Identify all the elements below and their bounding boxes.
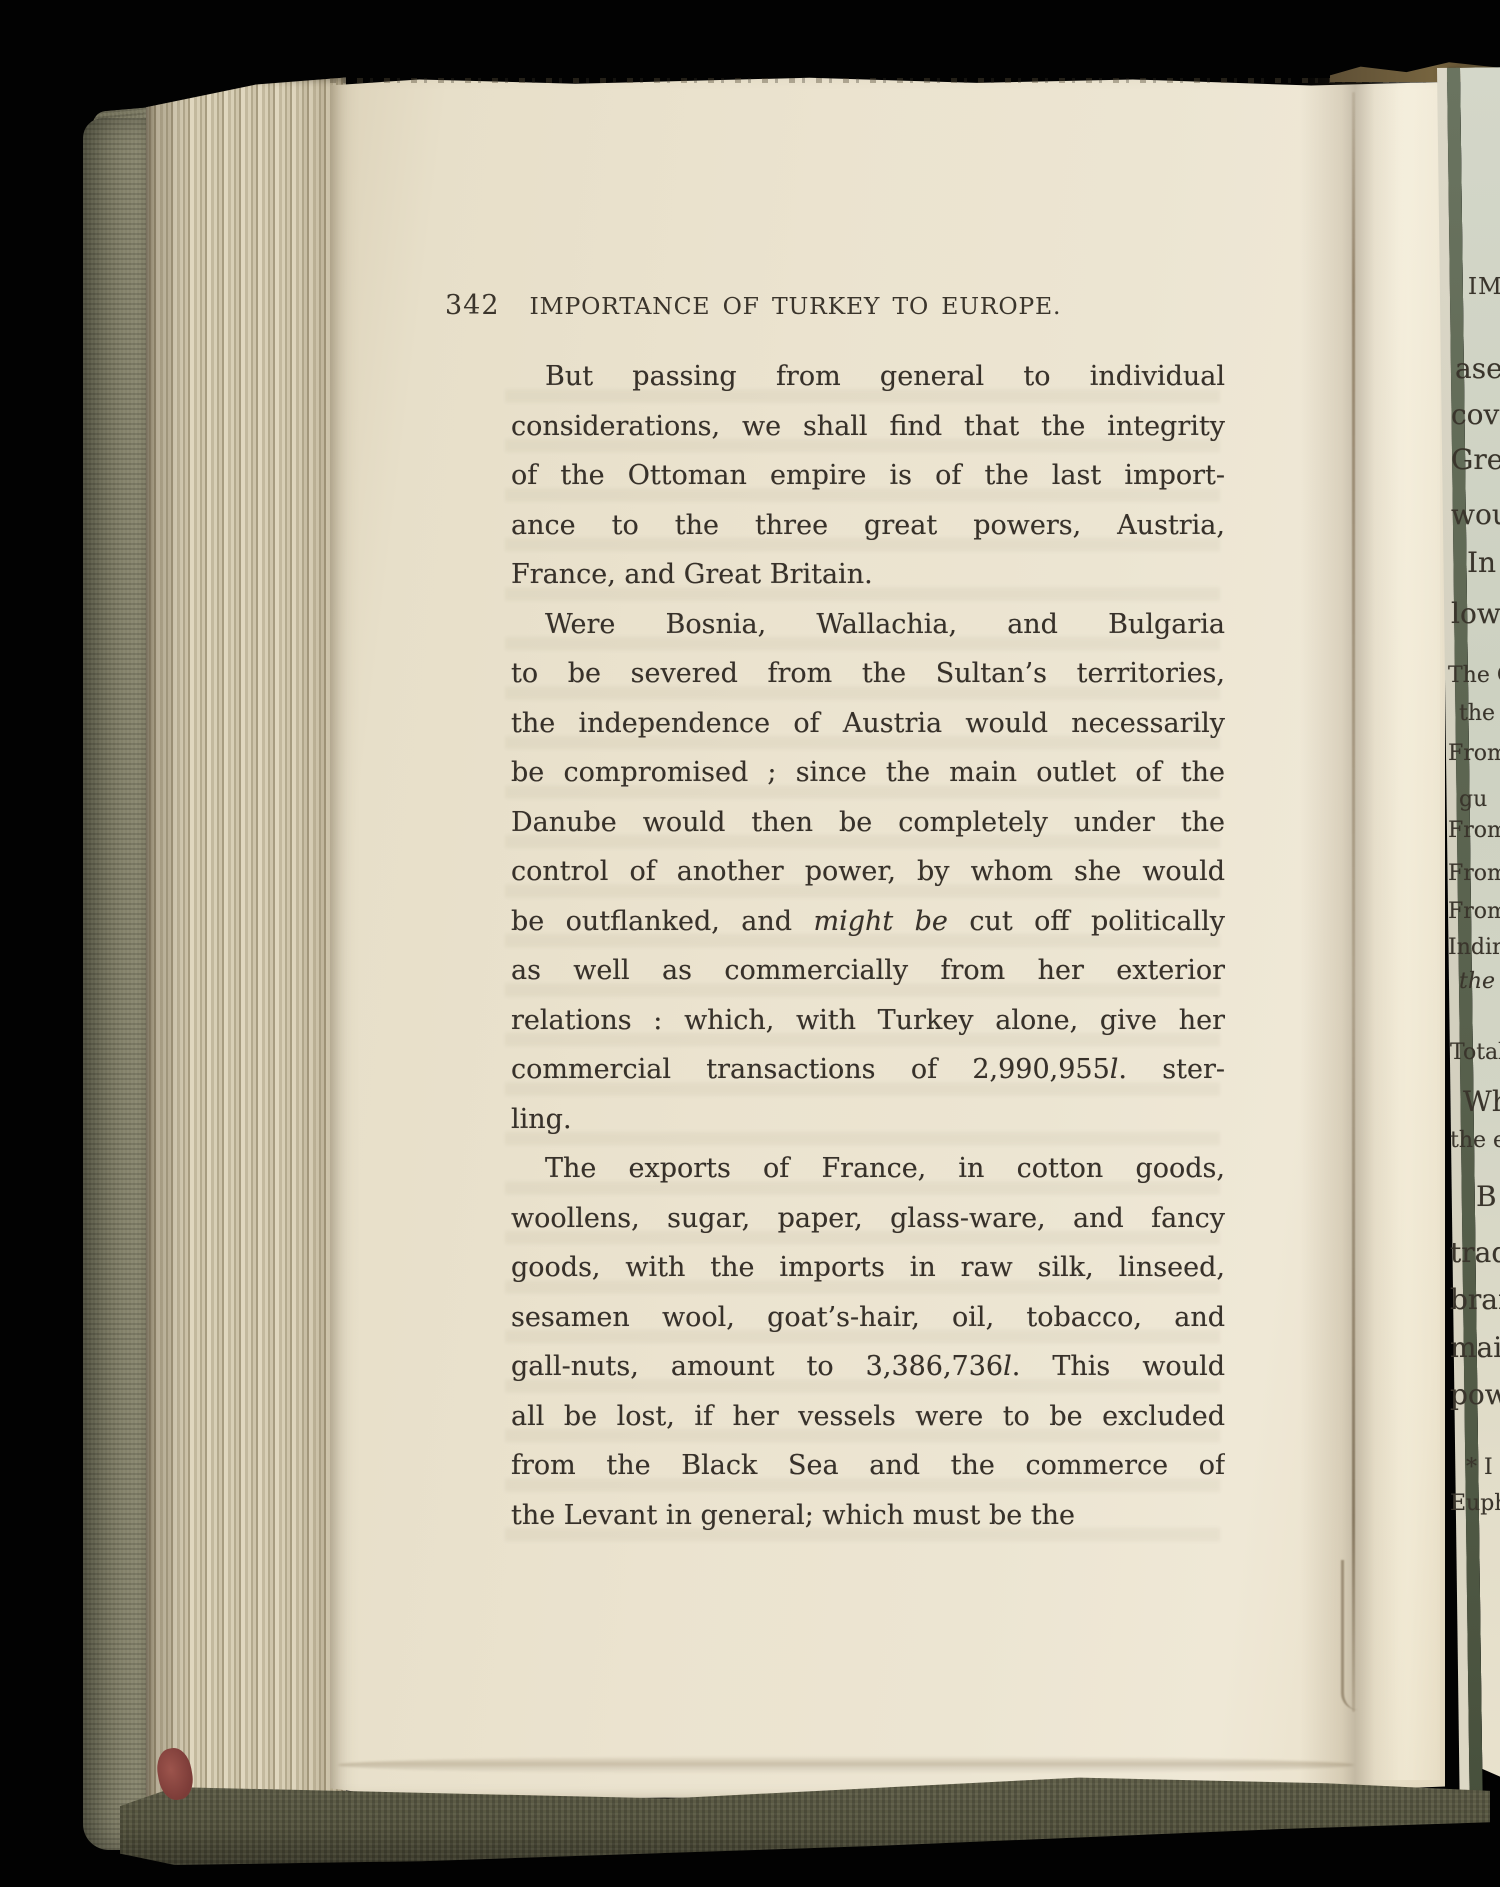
right-page-fragment: Wh bbox=[1463, 1085, 1500, 1118]
book-photo-scene: 342 IMPORTANCE OF TURKEY TO EUROPE. But … bbox=[0, 0, 1500, 1887]
text-line: as well as commercially from her exterio… bbox=[511, 946, 1225, 996]
right-page-fragment: Gree bbox=[1451, 443, 1500, 476]
page-deckle-edge bbox=[330, 78, 1445, 83]
running-title: IMPORTANCE OF TURKEY TO EUROPE. bbox=[530, 292, 1062, 320]
line-text: goods, with the imports in raw silk, lin… bbox=[511, 1252, 1225, 1283]
text-line: be outflanked, and might be cut off poli… bbox=[511, 897, 1225, 947]
right-page-fragment: ase bbox=[1455, 352, 1500, 385]
right-page-fragment: mai bbox=[1450, 1331, 1500, 1364]
gutter-crease-wrinkle bbox=[1341, 1560, 1358, 1710]
line-text: Were Bosnia, Wallachia, and Bulgaria bbox=[545, 609, 1225, 640]
line-text: as well as commercially from her exterio… bbox=[511, 955, 1225, 986]
right-page-fragment: The C bbox=[1448, 663, 1500, 688]
right-page-fragment: trad bbox=[1450, 1236, 1500, 1269]
line-text: cut off politically bbox=[948, 906, 1225, 937]
line-text: from the Black Sea and the commerce of bbox=[511, 1450, 1225, 1481]
line-text: relations : which, with Turkey alone, gi… bbox=[511, 1005, 1225, 1036]
line-text: ling. bbox=[511, 1104, 572, 1135]
page-number: 342 bbox=[445, 290, 500, 321]
line-text: the independence of Austria would necess… bbox=[511, 708, 1225, 739]
right-page-fragment: the bbox=[1459, 701, 1495, 726]
text-line: gall-nuts, amount to 3,386,736l. This wo… bbox=[511, 1342, 1225, 1392]
text-line: considerations, we shall find that the i… bbox=[511, 402, 1225, 452]
gutter-crease bbox=[1352, 92, 1355, 1712]
line-text: the Levant in general; which must be the bbox=[511, 1500, 1075, 1531]
text-line: be compromised ; since the main outlet o… bbox=[511, 748, 1225, 798]
right-page-fragment: IM bbox=[1468, 274, 1500, 300]
text-line: of the Ottoman empire is of the last imp… bbox=[511, 451, 1225, 501]
right-page-fragment: Indir bbox=[1448, 935, 1500, 960]
right-page-fragment: pow bbox=[1450, 1378, 1500, 1411]
line-text: . ster- bbox=[1118, 1054, 1225, 1085]
text-line: ance to the three great powers, Austria, bbox=[511, 501, 1225, 551]
line-text: ance to the three great powers, Austria, bbox=[511, 510, 1225, 541]
right-page-fragment: From bbox=[1448, 818, 1500, 843]
line-text: sesamen wool, goat’s-hair, oil, tobacco,… bbox=[511, 1302, 1225, 1333]
text-line: sesamen wool, goat’s-hair, oil, tobacco,… bbox=[511, 1293, 1225, 1343]
right-page-fragment: In bbox=[1467, 546, 1496, 579]
right-page-fragment: Euph bbox=[1450, 1491, 1500, 1516]
text-line: But passing from general to individual bbox=[511, 352, 1225, 402]
right-page-fragment: lowe bbox=[1451, 597, 1500, 630]
right-page-fragment: covit bbox=[1451, 398, 1500, 431]
right-page-fragment: bran bbox=[1450, 1283, 1500, 1316]
right-page-fragment: woul bbox=[1451, 498, 1500, 531]
right-page-fragment: gu bbox=[1459, 787, 1487, 812]
line-text: The exports of France, in cotton goods, bbox=[545, 1153, 1225, 1184]
text-line: control of another power, by whom she wo… bbox=[511, 847, 1225, 897]
page-header: 342 IMPORTANCE OF TURKEY TO EUROPE. bbox=[445, 290, 1245, 321]
line-text: But passing from general to individual bbox=[545, 361, 1225, 392]
body-text-block: But passing from general to individual c… bbox=[511, 352, 1225, 1540]
text-line: Were Bosnia, Wallachia, and Bulgaria bbox=[511, 600, 1225, 650]
right-page-fragment: From bbox=[1448, 741, 1500, 766]
right-page-fragment: Total, bbox=[1450, 1040, 1500, 1065]
text-line: France, and Great Britain. bbox=[511, 550, 1225, 600]
text-line: commercial transactions of 2,990,955l. s… bbox=[511, 1045, 1225, 1095]
text-line: The exports of France, in cotton goods, bbox=[511, 1144, 1225, 1194]
line-text: to be severed from the Sultan’s territor… bbox=[511, 658, 1225, 689]
text-line: woollens, sugar, paper, glass-ware, and … bbox=[511, 1194, 1225, 1244]
line-text: be compromised ; since the main outlet o… bbox=[511, 757, 1225, 788]
right-page-fragment: the bbox=[1459, 969, 1495, 994]
text-line: ling. bbox=[511, 1095, 1225, 1145]
right-page-fragment: the ex bbox=[1450, 1128, 1500, 1153]
right-page-fragment: * I bbox=[1466, 1455, 1493, 1480]
right-page-fragment: From bbox=[1448, 861, 1500, 886]
line-text: commercial transactions of 2,990,955 bbox=[511, 1054, 1110, 1085]
text-line: Danube would then be completely under th… bbox=[511, 798, 1225, 848]
page-stack-fore-edge bbox=[146, 74, 346, 1826]
text-line: relations : which, with Turkey alone, gi… bbox=[511, 996, 1225, 1046]
line-text: Danube would then be completely under th… bbox=[511, 807, 1225, 838]
line-text: be outflanked, and bbox=[511, 906, 813, 937]
text-line: the independence of Austria would necess… bbox=[511, 699, 1225, 749]
line-text-italic: might be bbox=[813, 906, 947, 937]
line-text: . This would bbox=[1012, 1351, 1225, 1382]
line-text: France, and Great Britain. bbox=[511, 559, 873, 590]
line-text-italic: l bbox=[1003, 1351, 1012, 1382]
text-line: from the Black Sea and the commerce of bbox=[511, 1441, 1225, 1491]
line-text: control of another power, by whom she wo… bbox=[511, 856, 1225, 887]
text-line: goods, with the imports in raw silk, lin… bbox=[511, 1243, 1225, 1293]
line-text: woollens, sugar, paper, glass-ware, and … bbox=[511, 1203, 1225, 1234]
line-text: considerations, we shall find that the i… bbox=[511, 411, 1225, 442]
right-page-fragment: B bbox=[1476, 1180, 1497, 1213]
text-line: all be lost, if her vessels were to be e… bbox=[511, 1392, 1225, 1442]
text-line: the Levant in general; which must be the bbox=[511, 1491, 1225, 1541]
right-page-fragment: From bbox=[1448, 899, 1500, 924]
line-text: all be lost, if her vessels were to be e… bbox=[511, 1401, 1225, 1432]
text-line: to be severed from the Sultan’s territor… bbox=[511, 649, 1225, 699]
line-text: of the Ottoman empire is of the last imp… bbox=[511, 460, 1225, 491]
line-text: gall-nuts, amount to 3,386,736 bbox=[511, 1351, 1003, 1382]
